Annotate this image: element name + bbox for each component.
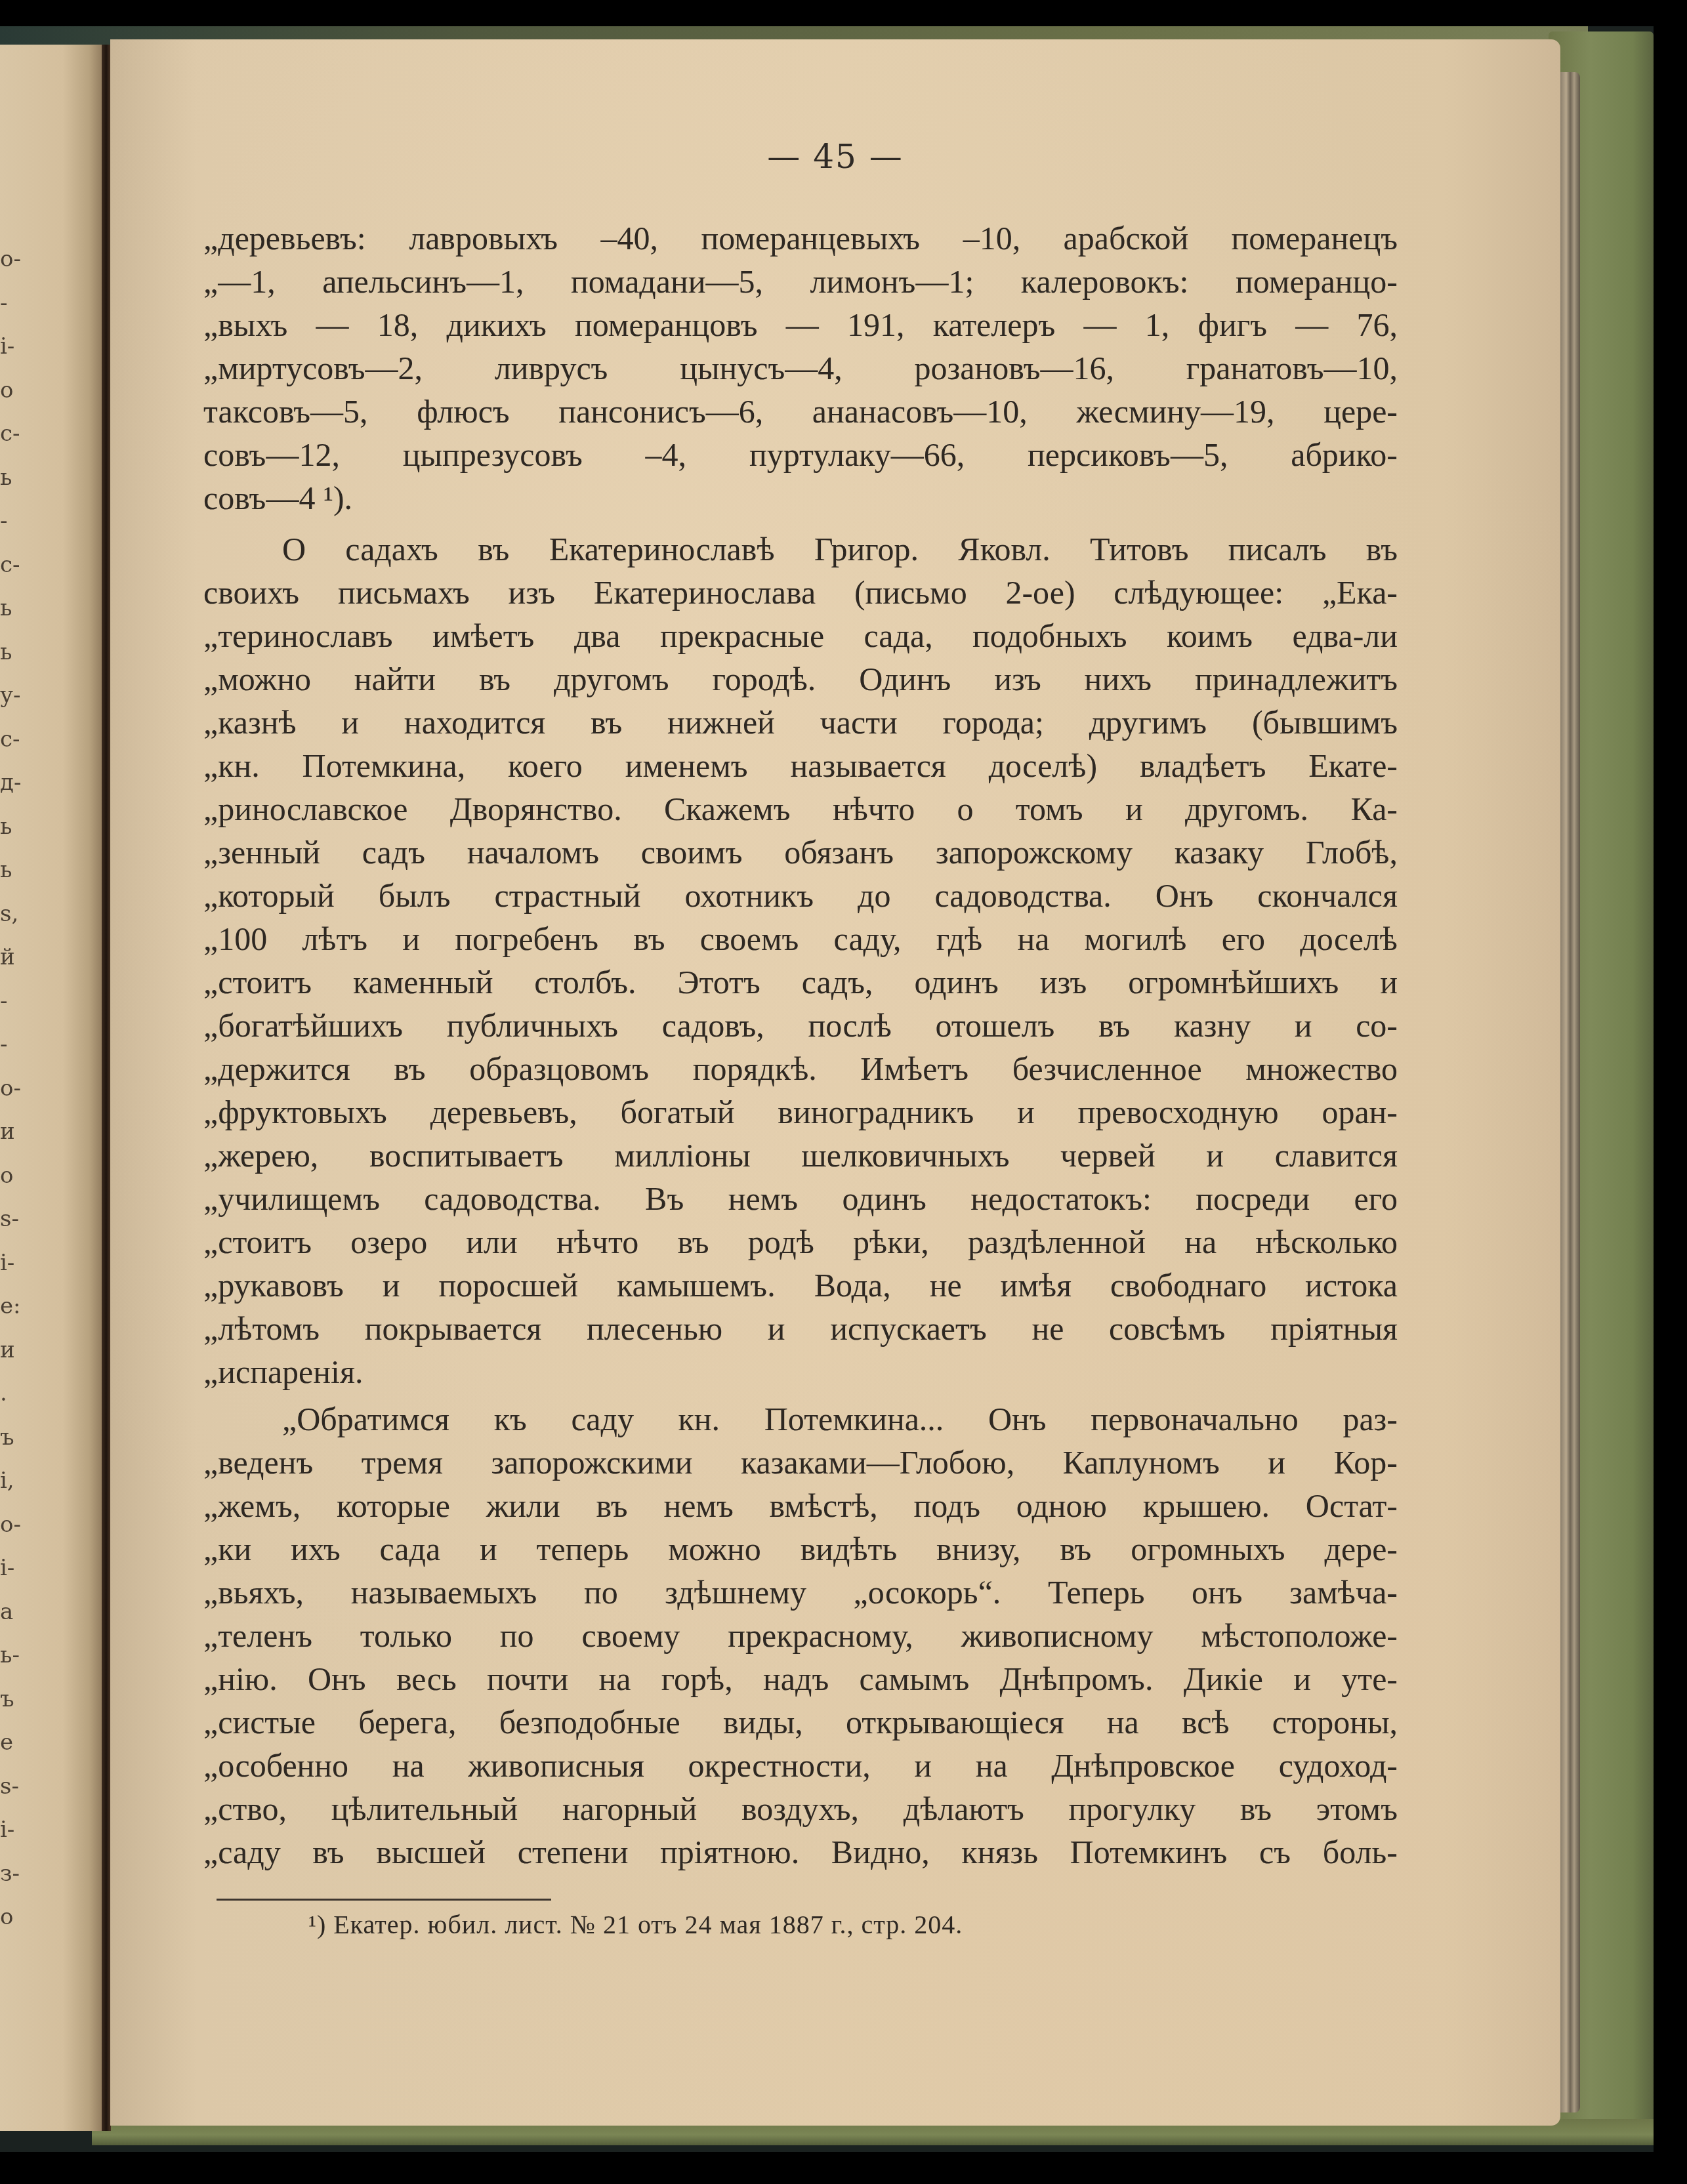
left-page-fragment-char: с- — [0, 422, 20, 445]
page-block-edges — [1560, 72, 1580, 2112]
left-page-fragment-char: і, — [0, 1470, 14, 1492]
left-page-fragment-char: - — [0, 292, 8, 314]
left-page-fragment-char: с- — [0, 728, 20, 751]
left-page-fragment-char: s, — [0, 903, 18, 925]
left-page-fragment-char: з- — [0, 1863, 20, 1885]
text-line: „жерею, воспитываетъ милліоны шелковичны… — [203, 1134, 1398, 1177]
text-line: „деревьевъ: лавровыхъ –40, померанцевыхъ… — [203, 216, 1398, 260]
text-line: „лѣтомъ покрывается плесенью и испускает… — [203, 1307, 1398, 1350]
text-line: „веденъ тремя запорожскими казаками—Глоб… — [203, 1441, 1398, 1484]
left-page-fragment-char: s- — [0, 1775, 19, 1798]
book-gutter — [102, 45, 111, 2131]
text-line: „ки ихъ сада и теперь можно видѣть внизу… — [203, 1527, 1398, 1571]
left-page-fragment-char: ь — [0, 859, 12, 881]
text-line: своихъ письмахъ изъ Екатеринослава (пись… — [203, 571, 1398, 614]
text-line: „кн. Потемкина, коего именемъ называется… — [203, 744, 1398, 787]
text-line: „рукавовъ и поросшей камышемъ. Вода, не … — [203, 1264, 1398, 1307]
text-line: „испаренія. — [203, 1350, 1398, 1393]
left-page-fragment-char: с- — [0, 554, 20, 576]
text-line: „саду въ высшей степени пріятною. Видно,… — [203, 1830, 1398, 1874]
page-number: — 45 — — [110, 138, 1560, 176]
left-page-fragment-char: - — [0, 1033, 8, 1056]
left-page-fragment-char: о- — [0, 1077, 21, 1100]
left-page-fragment-char: о- — [0, 1514, 21, 1536]
left-page-fragment-char: у- — [0, 684, 21, 707]
left-page-fragment-char: о — [0, 1906, 13, 1928]
text-line: „теринославъ имѣетъ два прекрасные сада,… — [203, 614, 1398, 657]
text-line: „вьяхъ, называемыхъ по здѣшнему „осокорь… — [203, 1571, 1398, 1614]
left-page-fragment-char: о- — [0, 248, 21, 270]
text-line: „жемъ, которые жили въ немъ вмѣстѣ, подъ… — [203, 1484, 1398, 1527]
text-line: „который былъ страстный охотникъ до садо… — [203, 874, 1398, 917]
left-page-fragment-char: й — [0, 946, 15, 968]
text-line: „фруктовыхъ деревьевъ, богатый виноградн… — [203, 1090, 1398, 1134]
left-page-fragment-char: о — [0, 379, 13, 402]
text-line: „казнѣ и находится въ нижней части город… — [203, 701, 1398, 744]
left-page-fragment-char: і- — [0, 1557, 14, 1579]
left-page-fragment-char: і- — [0, 1252, 14, 1274]
text-line: „богатѣйшихъ публичныхъ садовъ, послѣ от… — [203, 1004, 1398, 1047]
text-line: „стоитъ каменный столбъ. Этотъ садъ, оди… — [203, 960, 1398, 1004]
text-line: „выхъ — 18, дикихъ померанцовъ — 191, ка… — [203, 303, 1398, 346]
text-line: „нію. Онъ весь почти на горѣ, надъ самым… — [203, 1657, 1398, 1700]
text-line: „теленъ только по своему прекрасному, жи… — [203, 1614, 1398, 1657]
left-page-fragment-char: е — [0, 1731, 13, 1754]
left-page-fragment-char: ь — [0, 466, 12, 489]
text-line: „ринославское Дворянство. Скажемъ нѣчто … — [203, 787, 1398, 831]
left-page-fragment-char: s- — [0, 1208, 19, 1230]
footnote: ¹) Екатер. юбил. лист. № 21 отъ 24 мая 1… — [308, 1909, 963, 1940]
left-page-fragment-char: ъ — [0, 1426, 14, 1449]
text-line: „стоитъ озеро или нѣчто въ родѣ рѣки, ра… — [203, 1220, 1398, 1264]
footnote-divider — [217, 1899, 551, 1901]
text-line: „ство, цѣлительный нагорный воздухъ, дѣл… — [203, 1787, 1398, 1830]
text-line: таксовъ—5, флюсъ пансонисъ—6, ананасовъ—… — [203, 390, 1398, 433]
left-page-fragment-char: ъ — [0, 1688, 14, 1710]
left-page-fragment-char: и — [0, 1339, 15, 1361]
left-page-fragment-char: ь — [0, 597, 12, 619]
left-page-fragment-char: е: — [0, 1295, 21, 1317]
paragraph-start-line: О садахъ въ Екатеринославѣ Григор. Яковл… — [203, 527, 1398, 571]
text-line: „систые берега, безподобные виды, открыв… — [203, 1700, 1398, 1744]
paragraph-start-line: „Обратимся къ саду кн. Потемкина... Онъ … — [203, 1397, 1398, 1441]
text-line: „—1, апельсинъ—1, помадани—5, лимонъ—1; … — [203, 260, 1398, 303]
text-line: „зенный садъ началомъ своимъ обязанъ зап… — [203, 831, 1398, 874]
text-line: „училищемъ садоводства. Въ немъ одинъ не… — [203, 1177, 1398, 1220]
text-line: „миртусовъ—2, ливрусъ цынусъ—4, розановъ… — [203, 346, 1398, 390]
text-line: „держится въ образцовомъ порядкѣ. Имѣетъ… — [203, 1047, 1398, 1090]
text-line: „особенно на живописныя окрестности, и н… — [203, 1744, 1398, 1787]
left-page-fragment-char: о — [0, 1164, 13, 1187]
left-page-fragment: о--і-ос-ь-с-ььу-с-д-ььs,й--о-иоs-і-е:и.ъ… — [0, 45, 105, 2131]
text-line: „100 лѣтъ и погребенъ въ своемъ саду, гд… — [203, 917, 1398, 960]
text-line: „можно найти въ другомъ городѣ. Одинъ из… — [203, 657, 1398, 701]
left-page-fragment-char: ь — [0, 815, 12, 838]
left-page-fragment-char: - — [0, 990, 8, 1012]
left-page-fragment-char: и — [0, 1121, 15, 1143]
left-page-fragment-char: ь- — [0, 1644, 20, 1666]
left-page-fragment-char: ь — [0, 641, 12, 663]
left-page-fragment-char: д- — [0, 772, 21, 794]
left-page-fragment-char: і- — [0, 335, 14, 358]
text-line: совъ—4 ¹). — [203, 476, 1398, 520]
text-line: совъ—12, цыпрезусовъ –4, пуртулаку—66, п… — [203, 433, 1398, 476]
left-page-fragment-char: . — [0, 1382, 7, 1405]
left-page-fragment-char: а — [0, 1601, 13, 1623]
left-page-fragment-char: і- — [0, 1819, 14, 1841]
left-page-fragment-char: - — [0, 510, 8, 532]
